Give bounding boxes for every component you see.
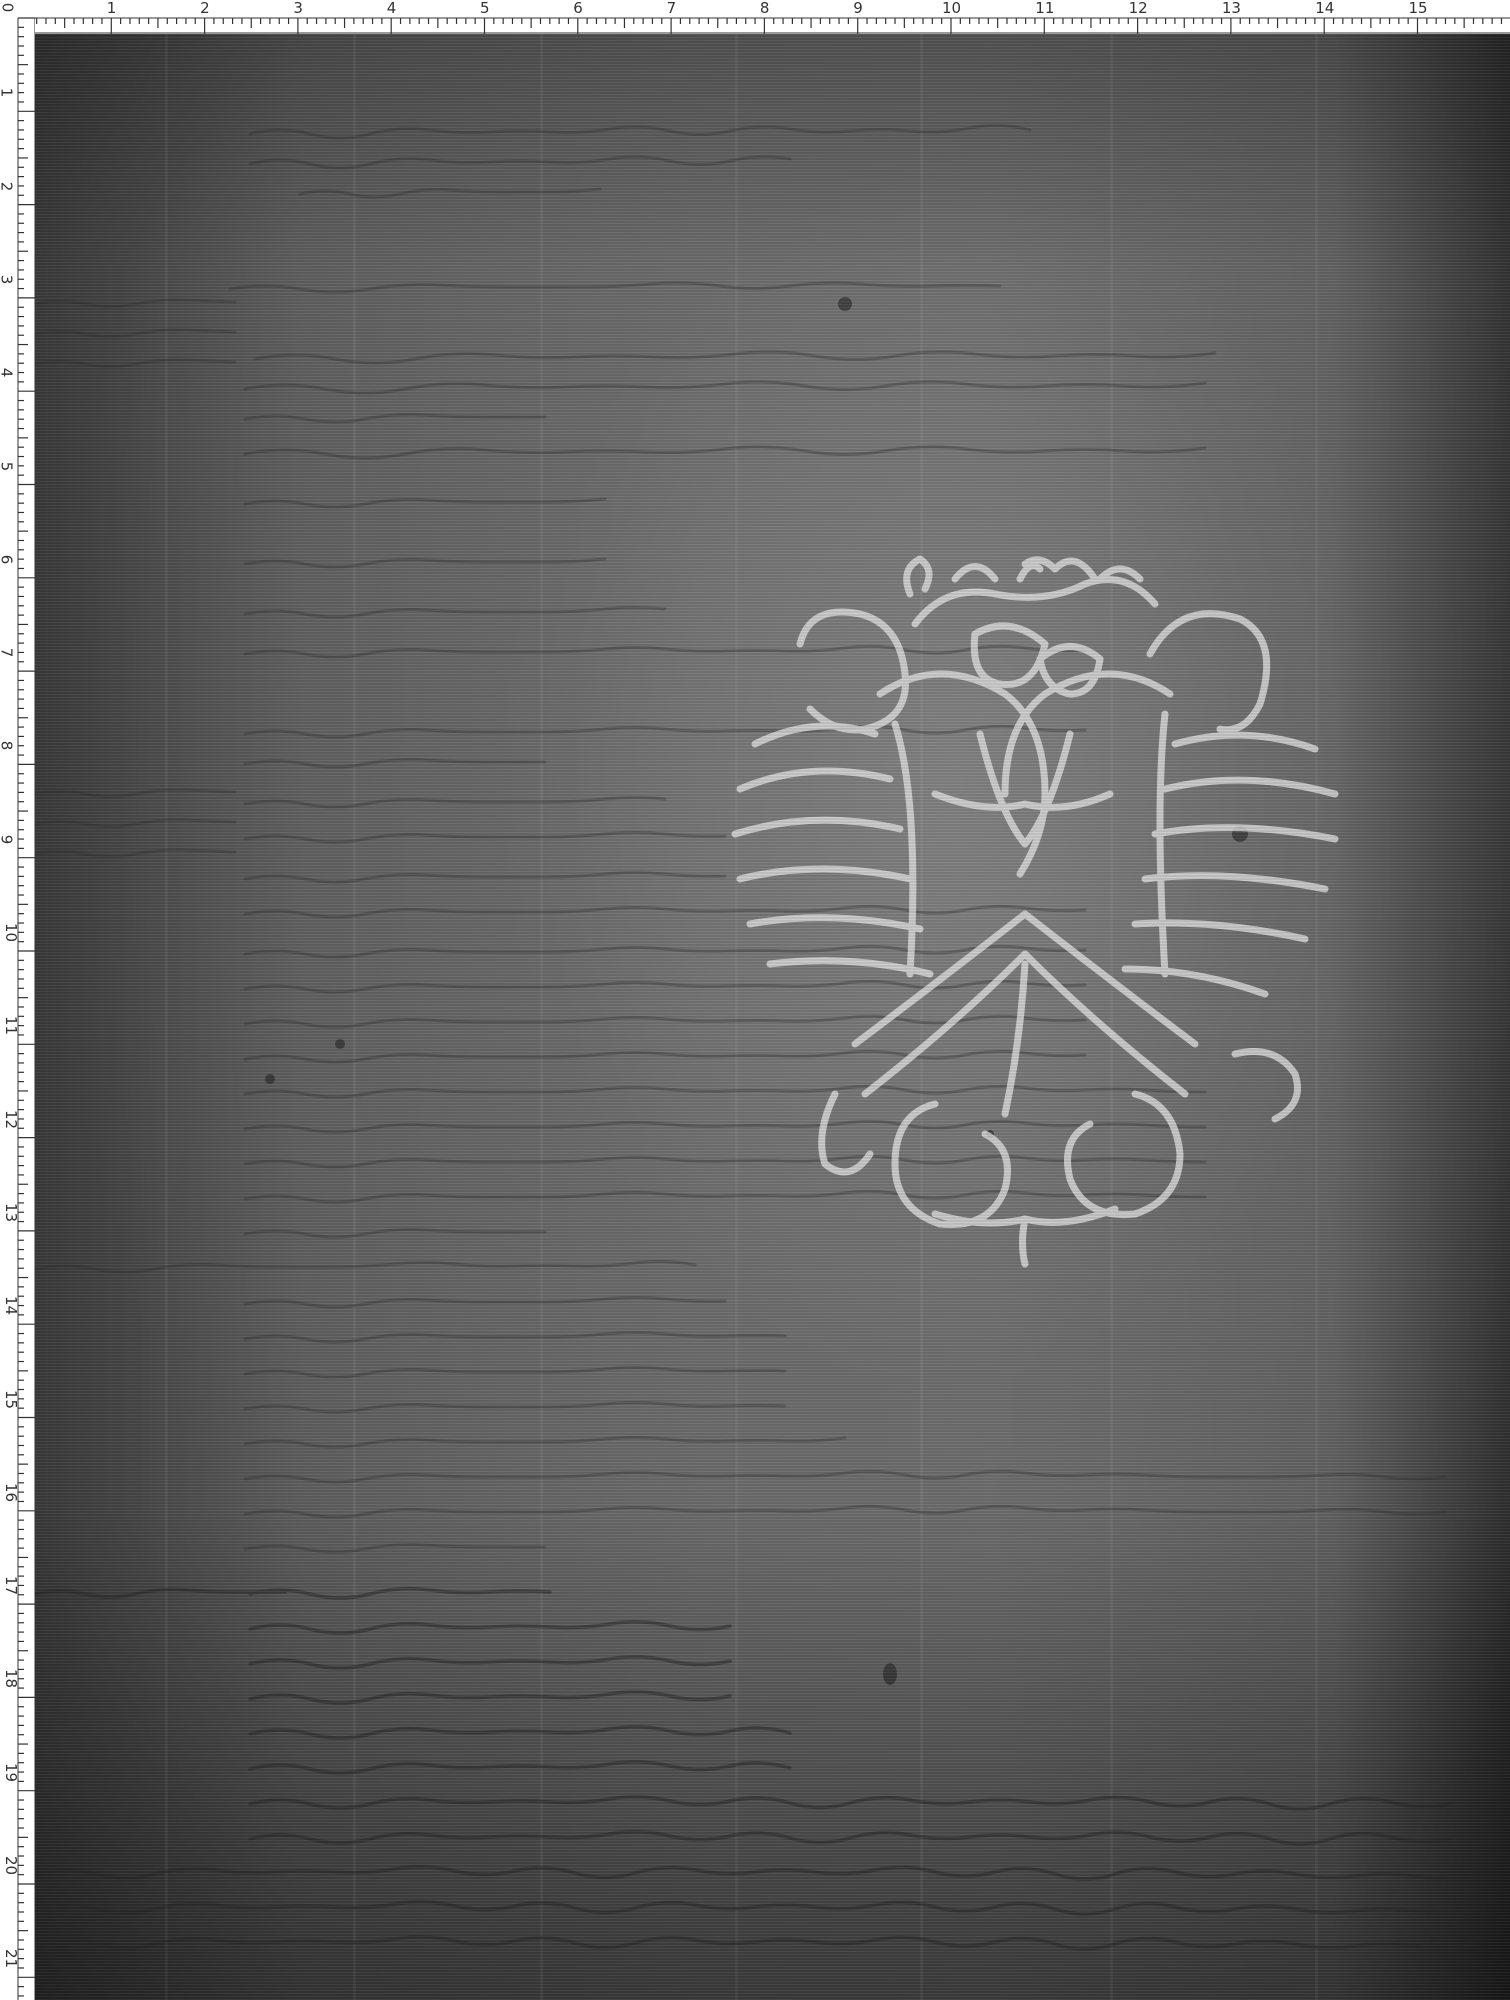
ruler-label: 11 — [1035, 1, 1054, 16]
eagle-watermark — [35, 34, 1510, 2000]
ruler-label: 15 — [3, 1389, 18, 1408]
chain-line — [735, 34, 738, 2000]
ruler-label: 12 — [3, 1110, 18, 1129]
ruler-label: 4 — [0, 368, 13, 378]
ruler-label: 7 — [667, 1, 677, 16]
chain-line — [353, 34, 356, 2000]
ruler-label: 13 — [3, 1203, 18, 1222]
ruler-label: 17 — [3, 1576, 18, 1595]
ruler-label: 15 — [1409, 1, 1428, 16]
ruler-label: 13 — [1222, 1, 1241, 16]
chain-line — [540, 34, 543, 2000]
ruler-label: 19 — [3, 1763, 18, 1782]
ruler-label: 14 — [1315, 1, 1334, 16]
ruler-label: 21 — [3, 1949, 18, 1968]
left-ruler: 0123456789101112131415161718192021 — [0, 0, 35, 2000]
ruler-label: 9 — [0, 834, 13, 844]
ruler-label: 18 — [3, 1669, 18, 1688]
ruler-label: 2 — [0, 181, 13, 191]
ruler-label: 5 — [480, 1, 490, 16]
ruler-label: 3 — [0, 275, 13, 285]
chain-line — [165, 34, 168, 2000]
ruler-label: 4 — [387, 1, 397, 16]
chain-line — [1315, 34, 1318, 2000]
ruler-label: 10 — [3, 923, 18, 942]
ruler-label: 1 — [107, 1, 117, 16]
ruler-label: 8 — [760, 1, 770, 16]
ruler-label: 3 — [293, 1, 303, 16]
ruler-label: 6 — [0, 555, 13, 565]
ruler-label: 0 — [0, 3, 14, 13]
ruler-label: 12 — [1129, 1, 1148, 16]
ruler-label: 11 — [3, 1016, 18, 1035]
top-ruler: 01234567891011121314151 — [0, 0, 1510, 34]
top-ruler-ticks — [0, 0, 1510, 34]
scanned-page — [35, 34, 1510, 2000]
chain-line — [1110, 34, 1113, 2000]
ruler-label: 14 — [3, 1296, 18, 1315]
ruler-label: 9 — [853, 1, 863, 16]
ruler-label: 6 — [573, 1, 583, 16]
ruler-label: 20 — [3, 1856, 18, 1875]
ruler-label: 10 — [942, 1, 961, 16]
handwriting-layer — [35, 34, 1510, 2000]
ruler-label: 7 — [0, 648, 13, 658]
ruler-label: 16 — [3, 1483, 18, 1502]
ruler-label: 5 — [0, 461, 13, 471]
left-ruler-ticks — [0, 0, 35, 2000]
chain-line — [920, 34, 923, 2000]
ruler-label: 8 — [0, 741, 13, 751]
ruler-label: 2 — [200, 1, 210, 16]
ruler-label: 1 — [0, 88, 13, 98]
